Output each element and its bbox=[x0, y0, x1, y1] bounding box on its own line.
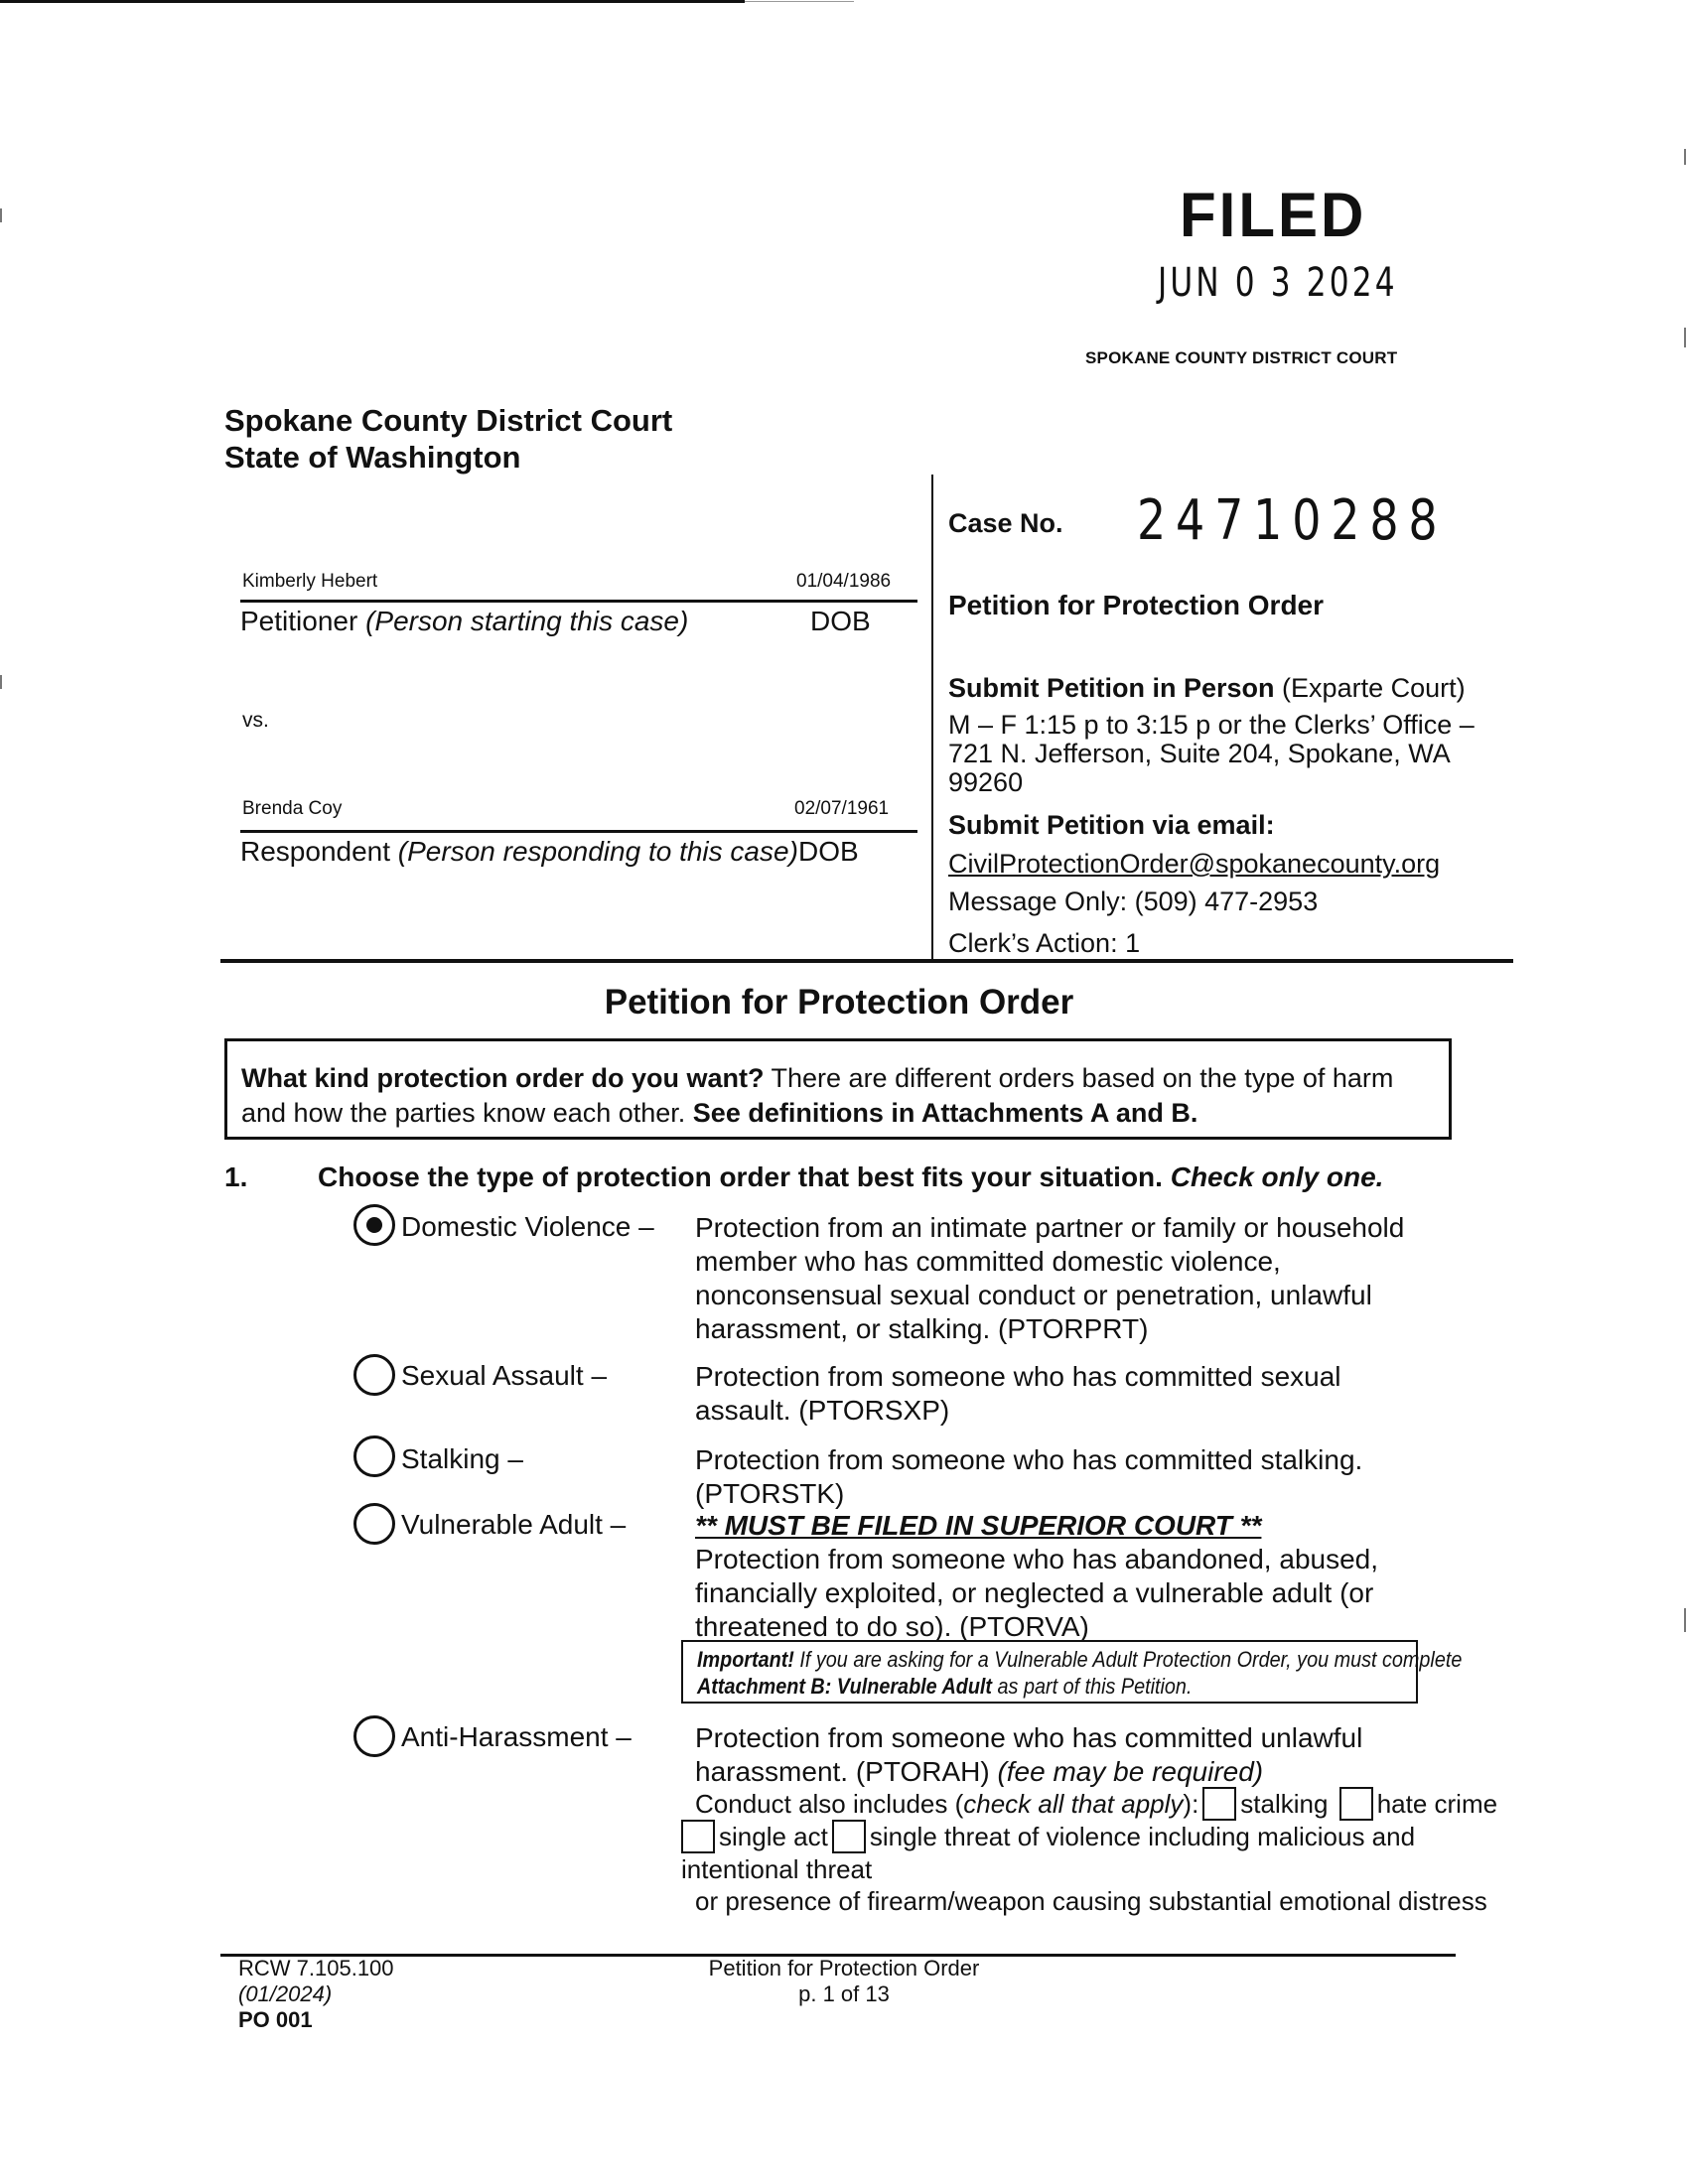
checkbox-label-single-act: single act bbox=[719, 1822, 828, 1851]
office-hours: M – F 1:15 p to 3:15 p or the Clerks’ Of… bbox=[948, 711, 1504, 740]
petitioner-dob-label: DOB bbox=[810, 606, 871, 637]
question-number: 1. bbox=[224, 1161, 247, 1193]
order-type-info-box: What kind protection order do you want? … bbox=[224, 1038, 1452, 1140]
important-attachment: Attachment B: Vulnerable Adult bbox=[697, 1674, 992, 1699]
checkbox-stalking[interactable] bbox=[1202, 1787, 1236, 1821]
checkbox-label-stalking: stalking bbox=[1240, 1789, 1328, 1819]
checkbox-single-threat[interactable] bbox=[832, 1820, 866, 1853]
radio-domestic-violence[interactable] bbox=[353, 1204, 395, 1246]
respondent-dob-label: DOB bbox=[798, 836, 859, 868]
filed-stamp: FILED bbox=[1180, 179, 1366, 250]
option-label-domestic-violence: Domestic Violence – bbox=[401, 1211, 654, 1243]
question-text: Choose the type of protection order that… bbox=[318, 1161, 1383, 1193]
footer-page-number: p. 1 of 13 bbox=[635, 1981, 1053, 2007]
footer-title-page: Petition for Protection Order p. 1 of 13 bbox=[635, 1956, 1053, 2007]
checkbox-label-hate-crime: hate crime bbox=[1377, 1789, 1497, 1819]
footer-statute: RCW 7.105.100 bbox=[238, 1956, 394, 1981]
respondent-signature-line bbox=[240, 830, 917, 833]
radio-selected-dot bbox=[366, 1217, 382, 1233]
option-label-vulnerable-adult: Vulnerable Adult – bbox=[401, 1509, 626, 1541]
respondent-name: Brenda Coy bbox=[242, 798, 342, 820]
document-type: Petition for Protection Order bbox=[948, 590, 1324, 621]
filed-date: JUN 0 3 2024 bbox=[1158, 260, 1398, 306]
option-desc-domestic-violence: Protection from an intimate partner or f… bbox=[695, 1211, 1450, 1346]
footer-revision: (01/2024) bbox=[238, 1981, 394, 2007]
option-desc-stalking: Protection from someone who has committe… bbox=[695, 1443, 1420, 1511]
respondent-label-note: (Person responding to this case) bbox=[398, 836, 798, 867]
vulnerable-adult-important-note: Important! If you are asking for a Vulne… bbox=[681, 1640, 1418, 1704]
scan-mark bbox=[1684, 149, 1686, 165]
office-address: 721 N. Jefferson, Suite 204, Spokane, WA bbox=[948, 740, 1504, 768]
office-zip: 99260 bbox=[948, 768, 1504, 797]
submit-in-person-note: (Exparte Court) bbox=[1282, 673, 1466, 703]
option-desc-anti-harassment: Protection from someone who has committe… bbox=[695, 1721, 1430, 1789]
conduct-instruction: check all that apply bbox=[963, 1789, 1183, 1819]
scan-mark bbox=[0, 675, 2, 689]
scan-edge-line bbox=[745, 1, 854, 2]
submit-email-label: Submit Petition via email: bbox=[948, 810, 1275, 841]
caption-bottom-rule bbox=[220, 959, 1513, 963]
scan-mark bbox=[1684, 1608, 1686, 1632]
caption-divider bbox=[931, 475, 933, 959]
important-label: Important! bbox=[697, 1647, 794, 1672]
radio-anti-harassment[interactable] bbox=[353, 1715, 395, 1757]
important-text-end: as part of this Petition. bbox=[992, 1674, 1192, 1699]
scan-mark bbox=[1684, 328, 1686, 347]
option-label-sexual-assault: Sexual Assault – bbox=[401, 1360, 607, 1392]
option-desc-sexual-assault: Protection from someone who has committe… bbox=[695, 1360, 1410, 1428]
fee-note: (fee may be required) bbox=[997, 1756, 1263, 1787]
option-label-stalking: Stalking – bbox=[401, 1443, 523, 1475]
submit-in-person: Submit Petition in Person (Exparte Court… bbox=[948, 673, 1466, 704]
petitioner-label-text: Petitioner bbox=[240, 606, 357, 636]
info-question: What kind protection order do you want? bbox=[241, 1063, 765, 1093]
important-text: If you are asking for a Vulnerable Adult… bbox=[794, 1647, 1462, 1672]
conduct-checklist-line1: Conduct also includes (check all that ap… bbox=[695, 1787, 1497, 1821]
checkbox-single-act[interactable] bbox=[681, 1820, 715, 1853]
conduct-tail: or presence of firearm/weapon causing su… bbox=[695, 1885, 1487, 1918]
respondent-dob: 02/07/1961 bbox=[794, 798, 889, 820]
respondent-label: Respondent (Person responding to this ca… bbox=[240, 836, 798, 868]
option-desc-vulnerable-adult: Protection from someone who has abandone… bbox=[695, 1543, 1450, 1644]
scan-mark bbox=[0, 208, 2, 222]
message-phone: Message Only: (509) 477-2953 bbox=[948, 887, 1318, 917]
court-heading: Spokane County District Court State of W… bbox=[224, 402, 672, 476]
conduct-prefix: Conduct also includes ( bbox=[695, 1789, 963, 1819]
case-number: 24710288 bbox=[1137, 488, 1447, 553]
question-instruction: Check only one. bbox=[1171, 1161, 1384, 1192]
court-name: Spokane County District Court bbox=[224, 402, 672, 439]
scan-edge-line bbox=[0, 0, 745, 3]
option-label-anti-harassment: Anti-Harassment – bbox=[401, 1721, 632, 1753]
petitioner-name: Kimberly Hebert bbox=[242, 571, 377, 593]
respondent-label-text: Respondent bbox=[240, 836, 390, 867]
office-hours-address: M – F 1:15 p to 3:15 p or the Clerks’ Of… bbox=[948, 711, 1504, 797]
question-prompt: Choose the type of protection order that… bbox=[318, 1161, 1171, 1192]
court-state: State of Washington bbox=[224, 439, 672, 476]
footer-form-info: RCW 7.105.100 (01/2024) PO 001 bbox=[238, 1956, 394, 2033]
versus-label: vs. bbox=[242, 709, 269, 733]
petitioner-label: Petitioner (Person starting this case) bbox=[240, 606, 688, 637]
conduct-checklist-line2: single actsingle threat of violence incl… bbox=[681, 1820, 1436, 1886]
radio-vulnerable-adult[interactable] bbox=[353, 1503, 395, 1545]
checkbox-hate-crime[interactable] bbox=[1339, 1787, 1373, 1821]
radio-stalking[interactable] bbox=[353, 1435, 395, 1477]
submission-email-link[interactable]: CivilProtectionOrder@spokanecounty.org bbox=[948, 849, 1440, 880]
superior-court-notice: ** MUST BE FILED IN SUPERIOR COURT ** bbox=[695, 1509, 1450, 1543]
petitioner-signature-line bbox=[240, 600, 917, 603]
form-title: Petition for Protection Order bbox=[0, 983, 1678, 1023]
petitioner-label-note: (Person starting this case) bbox=[365, 606, 688, 636]
clerk-action: Clerk’s Action: 1 bbox=[948, 928, 1140, 959]
stamp-court-name: SPOKANE COUNTY DISTRICT COURT bbox=[1085, 348, 1397, 368]
radio-sexual-assault[interactable] bbox=[353, 1354, 395, 1396]
petitioner-dob: 01/04/1986 bbox=[796, 571, 891, 593]
footer-form-title: Petition for Protection Order bbox=[635, 1956, 1053, 1981]
footer-form-id: PO 001 bbox=[238, 2007, 394, 2033]
case-number-label: Case No. bbox=[948, 508, 1063, 539]
submit-in-person-label: Submit Petition in Person bbox=[948, 673, 1275, 703]
info-definitions-note: See definitions in Attachments A and B. bbox=[693, 1098, 1198, 1128]
conduct-suffix: ): bbox=[1183, 1789, 1198, 1819]
